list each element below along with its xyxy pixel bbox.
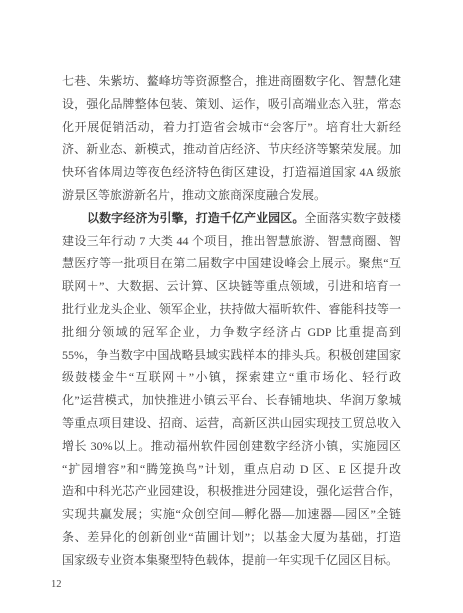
text-line: 级鼓楼金牛“互联网＋”小镇，探索建立“重市场化、轻行政 bbox=[62, 366, 401, 389]
paragraph2-heading: 以数字经济为引擎，打造千亿产业园区。 bbox=[87, 211, 304, 225]
paragraph2-lead-line: 以数字经济为引擎，打造千亿产业园区。全面落实数字鼓楼 bbox=[62, 207, 401, 230]
text-line: 造和中科光芯产业园建设，积极推进分园建设，强化运营合作， bbox=[62, 480, 401, 503]
text-line: 批细分领域的冠军企业，力争数字经济占 GDP 比重提高到 bbox=[62, 321, 401, 344]
text-line: 增长 30%以上。推动福州软件园创建数字经济小镇，实施园区 bbox=[62, 435, 401, 458]
text-line: 实现共赢发展；实施“众创空间—孵化器—加速器—园区”全链 bbox=[62, 503, 401, 526]
document-page: 七巷、朱紫坊、鳌峰坊等资源整合，推进商圈数字化、智慧化建 设，强化品牌整体包装、… bbox=[0, 0, 463, 613]
text-line: 联网＋”、大数据、云计算、区块链等重点领域，引进和培育一 bbox=[62, 275, 401, 298]
text-line: 55%，争当数字中国战略县域实践样本的排头兵。积极创建国家 bbox=[62, 344, 401, 367]
paragraph2-end-line: 国家级专业资本集聚型特色载体，提前一年实现千亿园区目标。 bbox=[62, 549, 401, 572]
text-line: 建设三年行动 7 大类 44 个项目，推出智慧旅游、智慧商圈、智 bbox=[62, 230, 401, 253]
page-number: 12 bbox=[51, 578, 62, 592]
text-line: 慧医疗等一批项目在第二届数字中国建设峰会上展示。聚焦“互 bbox=[62, 252, 401, 275]
paragraph1-end-line: 游景区等旅游新名片，推动文旅商深度融合发展。 bbox=[62, 184, 401, 207]
text-line: 化开展促销活动，着力打造省会城市“会客厅”。培育壮大新经 bbox=[62, 116, 401, 139]
text-line: 化”运营模式，加快推进小镇云平台、长春铺地块、华润万象城 bbox=[62, 389, 401, 412]
text-block: 七巷、朱紫坊、鳌峰坊等资源整合，推进商圈数字化、智慧化建 设，强化品牌整体包装、… bbox=[62, 70, 401, 572]
text-line: 设，强化品牌整体包装、策划、运作，吸引高端业态入驻，常态 bbox=[62, 93, 401, 116]
text-line: 等重点项目建设、招商、运营，高新区洪山园实现技工贸总收入 bbox=[62, 412, 401, 435]
text-line: 七巷、朱紫坊、鳌峰坊等资源整合，推进商圈数字化、智慧化建 bbox=[62, 70, 401, 93]
text-line: 济、新业态、新模式，推动首店经济、节庆经济等繁荣发展。加 bbox=[62, 138, 401, 161]
text-line: “扩园增容”和“腾笼换鸟”计划，重点启动 D 区、E 区提升改 bbox=[62, 458, 401, 481]
text-line: 快环省体周边等夜色经济特色街区建设，打造福道国家 4A 级旅 bbox=[62, 161, 401, 184]
paragraph2-lead-rest: 全面落实数字鼓楼 bbox=[304, 211, 401, 225]
text-line: 批行业龙头企业、领军企业，扶持做大福昕软件、睿能科技等一 bbox=[62, 298, 401, 321]
text-line: 条、差异化的创新创业“苗圃计划”；以基金大厦为基础，打造 bbox=[62, 526, 401, 549]
